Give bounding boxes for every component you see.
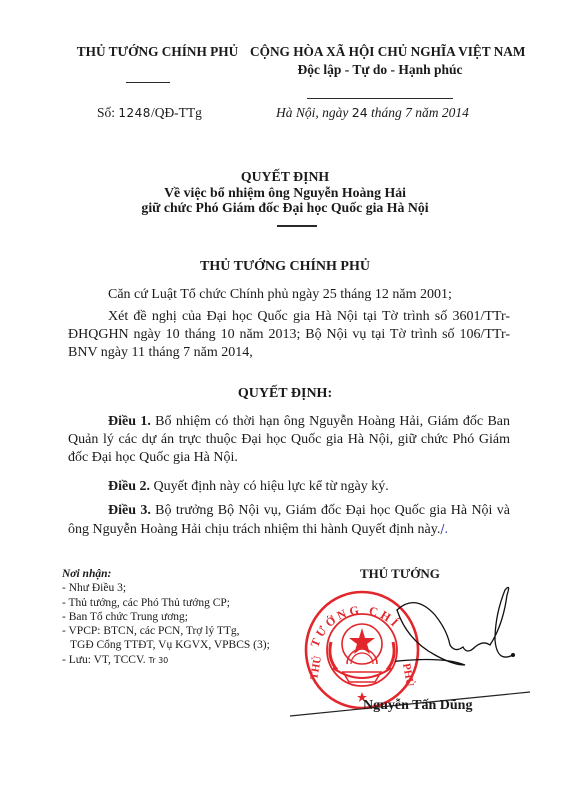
end-mark: /. (440, 522, 448, 536)
signature-scribble-icon (395, 585, 545, 705)
date-day-handwritten: 24 (352, 105, 368, 120)
recipient-item: - Lưu: VT, TCCV. Tr 30 (62, 653, 270, 668)
motto: Độc lập - Tự do - Hạnh phúc (250, 62, 510, 78)
recipients-block: Nơi nhận: - Như Điều 3; - Thủ tướng, các… (62, 567, 270, 668)
decision-heading: QUYẾT ĐỊNH: (60, 386, 510, 402)
recipient-item: TGĐ Cổng TTĐT, Vụ KGVX, VPBCS (3); (62, 638, 270, 652)
motto-underline (307, 98, 453, 99)
title-line-3: giữ chức Phó Giám đốc Đại học Quốc gia H… (60, 200, 510, 216)
article-label: Điều 1. (108, 414, 151, 429)
recipients-title: Nơi nhận: (62, 567, 270, 581)
handwritten-note: Tr 30 (149, 656, 169, 665)
doc-number-prefix: Số: (97, 105, 118, 120)
authority-heading: THỦ TƯỚNG CHÍNH PHỦ (60, 259, 510, 275)
article-label: Điều 3. (108, 503, 151, 518)
doc-number-handwritten: 1248 (118, 106, 151, 120)
article-3: Điều 3. Bộ trưởng Bộ Nội vụ, Giám đốc Đạ… (68, 502, 510, 539)
place-date-prefix: Hà Nội, ngày (276, 105, 352, 120)
recipient-item: - Như Điều 3; (62, 581, 270, 595)
article-1: Điều 1. Bổ nhiệm có thời hạn ông Nguyễn … (68, 413, 510, 467)
article-2: Điều 2. Quyết định này có hiệu lực kể từ… (68, 478, 510, 496)
title-line-2: Về việc bổ nhiệm ông Nguyễn Hoàng Hải (60, 185, 510, 201)
svg-text:THỦ: THỦ (308, 655, 324, 681)
document-title: QUYẾT ĐỊNH Về việc bổ nhiệm ông Nguyễn H… (60, 169, 510, 216)
article-text: Quyết định này có hiệu lực kể từ ngày ký… (150, 479, 389, 494)
issuer-underline (126, 82, 170, 83)
recipient-item: - Ban Tổ chức Trung ương; (62, 610, 270, 624)
doc-number-suffix: /QĐ-TTg (151, 105, 202, 120)
article-label: Điều 2. (108, 479, 150, 494)
place-date-suffix: tháng 7 năm 2014 (368, 105, 469, 120)
title-underline (277, 225, 317, 227)
recipient-item: - Thủ tướng, các Phó Thủ tướng CP; (62, 596, 270, 610)
place-date: Hà Nội, ngày 24 tháng 7 năm 2014 (276, 105, 469, 121)
recipient-item: - VPCP: BTCN, các PCN, Trợ lý TTg, (62, 624, 270, 638)
signer-name: Nguyễn Tấn Dũng (363, 698, 472, 714)
basis-paragraph-2: Xét đề nghị của Đại học Quốc gia Hà Nội … (68, 308, 510, 362)
document-number: Số: 1248/QĐ-TTg (97, 105, 202, 121)
signer-title: THỦ TƯỚNG (360, 566, 440, 582)
title-line-1: QUYẾT ĐỊNH (60, 169, 510, 185)
nation-heading: CỘNG HÒA XÃ HỘI CHỦ NGHĨA VIỆT NAM (250, 44, 520, 60)
basis-paragraph-1: Căn cứ Luật Tổ chức Chính phủ ngày 25 th… (68, 286, 510, 304)
issuer-heading: THỦ TƯỚNG CHÍNH PHỦ (60, 44, 255, 60)
